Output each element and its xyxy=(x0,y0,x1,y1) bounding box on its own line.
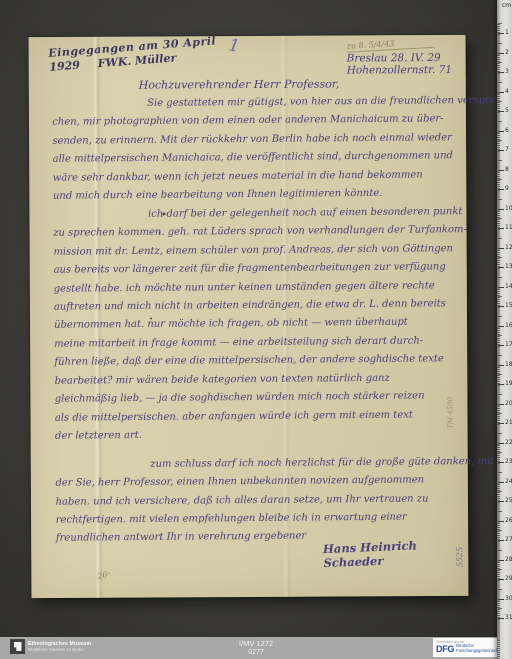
ruler-half-cm-tick xyxy=(498,374,502,375)
ruler-cm-tick xyxy=(498,189,504,190)
ruler: cm 1234567891011121314151617181920212223… xyxy=(497,0,512,659)
signature: Hans Heinrich Schaeder xyxy=(323,536,469,570)
ruler-mm-ticks xyxy=(497,24,500,659)
ruler-cm-tick xyxy=(498,306,504,307)
letter-line: der letzteren art. xyxy=(55,424,461,446)
ruler-half-cm-tick xyxy=(498,140,502,141)
ruler-half-cm-tick xyxy=(498,511,502,512)
ruler-half-cm-tick xyxy=(498,394,502,395)
ruler-number: 12 xyxy=(505,244,512,252)
ruler-cm-tick xyxy=(498,599,504,600)
ruler-half-cm-tick xyxy=(498,335,502,336)
ruler-cm-tick xyxy=(498,404,504,405)
ruler-half-cm-tick xyxy=(498,62,502,63)
ruler-half-cm-tick xyxy=(498,277,502,278)
ruler-number: 27 xyxy=(505,536,512,544)
dfg-logo-row: DFG Deutsche Forschungsgemeinschaft xyxy=(436,644,500,654)
letter-line: führen ließe, daß der eine die mittelper… xyxy=(54,351,460,373)
ruler-cm-tick xyxy=(498,501,504,502)
ruler-half-cm-tick xyxy=(498,550,502,551)
letter-head-right: zu 8. 5/4/43 Breslau 28. IV. 29 Hohenzol… xyxy=(347,39,467,77)
ruler-cm-tick xyxy=(498,33,504,34)
ruler-cm-tick xyxy=(498,267,504,268)
ruler-half-cm-tick xyxy=(498,433,502,434)
ruler-cm-tick xyxy=(498,560,504,561)
ruler-cm-tick xyxy=(498,579,504,580)
ruler-half-cm-tick xyxy=(498,43,502,44)
ruler-number: 1 xyxy=(505,29,509,37)
scan-background: Eingegangen am 30 April 1929 FWK. Müller… xyxy=(0,0,512,659)
ruler-cm-tick xyxy=(498,209,504,210)
ruler-half-cm-tick xyxy=(498,452,502,453)
ruler-cm-tick xyxy=(498,462,504,463)
ruler-half-cm-tick xyxy=(498,160,502,161)
ruler-cm-tick xyxy=(498,423,504,424)
ruler-number: 24 xyxy=(505,478,512,486)
ruler-half-cm-tick xyxy=(498,296,502,297)
pencil-note-bottom-left: 26ˣ xyxy=(97,570,111,581)
ruler-number: 21 xyxy=(505,419,512,427)
ruler-cm-tick xyxy=(498,53,504,54)
ruler-half-cm-tick xyxy=(498,355,502,356)
ruler-number: 8 xyxy=(505,166,509,174)
ruler-cm-tick xyxy=(498,540,504,541)
ruler-number: 9 xyxy=(505,185,509,193)
ruler-number: 25 xyxy=(505,497,512,505)
ruler-number: 20 xyxy=(505,400,512,408)
ruler-cm-tick xyxy=(498,72,504,73)
received-stamp-note: Eingegangen am 30 April 1929 FWK. Müller xyxy=(48,34,218,74)
ruler-cm-tick xyxy=(498,92,504,93)
ruler-cm-tick xyxy=(498,248,504,249)
ruler-cm-tick xyxy=(498,228,504,229)
dfg-acronym: DFG xyxy=(436,644,454,654)
ruler-number: 31 xyxy=(505,614,512,622)
ruler-cm-tick xyxy=(498,365,504,366)
page-number: 1 xyxy=(227,35,241,57)
received-year: 1929 xyxy=(49,59,81,74)
dfg-name: Deutsche Forschungsgemeinschaft xyxy=(456,644,496,653)
ruler-number: 30 xyxy=(505,595,512,603)
ruler-number: 22 xyxy=(505,439,512,447)
dfg-logo: Gefördert durch DFG Deutsche Forschungsg… xyxy=(433,638,503,657)
ruler-cm-tick xyxy=(498,618,504,619)
salutation: Hochzuverehrender Herr Professor, xyxy=(139,78,340,92)
pencil-note-right-vertical: 5525 xyxy=(455,547,464,567)
ruler-cm-tick xyxy=(498,443,504,444)
ruler-cm-tick xyxy=(498,150,504,151)
ruler-number: 14 xyxy=(505,283,512,291)
ruler-half-cm-tick xyxy=(498,608,502,609)
ruler-half-cm-tick xyxy=(498,472,502,473)
ruler-number: 13 xyxy=(505,263,512,271)
ruler-number: 2 xyxy=(505,49,509,57)
ruler-number: 4 xyxy=(505,88,509,96)
ruler-number: 28 xyxy=(505,556,512,564)
ruler-half-cm-tick xyxy=(498,491,502,492)
ruler-cm-tick xyxy=(498,521,504,522)
ruler-half-cm-tick xyxy=(498,101,502,102)
letter-body: Sie gestatteten mir gütigst, von hier au… xyxy=(52,92,462,548)
ruler-half-cm-tick xyxy=(498,179,502,180)
ruler-number: 5 xyxy=(505,107,509,115)
ruler-cm-tick xyxy=(498,111,504,112)
letter-paragraph: zum schluss darf ich noch herzlichst für… xyxy=(55,453,462,549)
ruler-half-cm-tick xyxy=(498,530,502,531)
ruler-half-cm-tick xyxy=(498,82,502,83)
letter-paragraph: ich darf bei der gelegenheit noch auf ei… xyxy=(53,203,461,446)
ruler-half-cm-tick xyxy=(498,569,502,570)
ruler-half-cm-tick xyxy=(498,257,502,258)
ruler-number: 7 xyxy=(505,146,509,154)
ruler-number: 10 xyxy=(505,205,512,213)
ruler-cm-tick xyxy=(498,482,504,483)
ruler-half-cm-tick xyxy=(498,23,502,24)
ruler-cm-tick xyxy=(498,287,504,288)
footer-bar: Ethnologisches Museum Staatliche Museen … xyxy=(0,637,512,659)
letter-page: Eingegangen am 30 April 1929 FWK. Müller… xyxy=(29,35,469,598)
ruler-half-cm-tick xyxy=(498,199,502,200)
ruler-number: 11 xyxy=(505,224,512,232)
pencil-note-edge-vertical: TM 4590 xyxy=(446,397,454,429)
ruler-number: 18 xyxy=(505,361,512,369)
ruler-unit-label: cm xyxy=(502,2,511,9)
ruler-number: 19 xyxy=(505,380,512,388)
ruler-half-cm-tick xyxy=(498,218,502,219)
sender-address: Hohenzollernstr. 71 xyxy=(347,64,467,77)
city-date: Breslau 28. IV. 29 xyxy=(347,52,467,65)
ruler-cm-tick xyxy=(498,384,504,385)
ruler-number: 26 xyxy=(505,517,512,525)
ruler-number: 29 xyxy=(505,575,512,583)
ruler-half-cm-tick xyxy=(498,121,502,122)
ruler-half-cm-tick xyxy=(498,238,502,239)
ruler-half-cm-tick xyxy=(498,316,502,317)
ruler-number: 3 xyxy=(505,68,509,76)
ruler-number: 15 xyxy=(505,302,512,310)
ruler-cm-tick xyxy=(498,345,504,346)
letter-paragraph: Sie gestatteten mir gütigst, von hier au… xyxy=(52,92,459,206)
ruler-cm-tick xyxy=(498,326,504,327)
archive-pencil-reference: zu 8. 5/4/43 xyxy=(346,37,434,53)
ruler-number: 16 xyxy=(505,322,512,330)
ruler-number: 23 xyxy=(505,458,512,466)
ruler-cm-tick xyxy=(498,170,504,171)
ruler-number: 6 xyxy=(505,127,509,135)
ruler-half-cm-tick xyxy=(498,413,502,414)
ruler-cm-tick xyxy=(498,131,504,132)
letter-line: als die mittelpersischen. aber anfangen … xyxy=(55,406,461,428)
letter-line: wäre sehr dankbar, wenn ich jetzt neues … xyxy=(53,166,459,188)
ruler-number: 17 xyxy=(505,341,512,349)
ruler-half-cm-tick xyxy=(498,589,502,590)
